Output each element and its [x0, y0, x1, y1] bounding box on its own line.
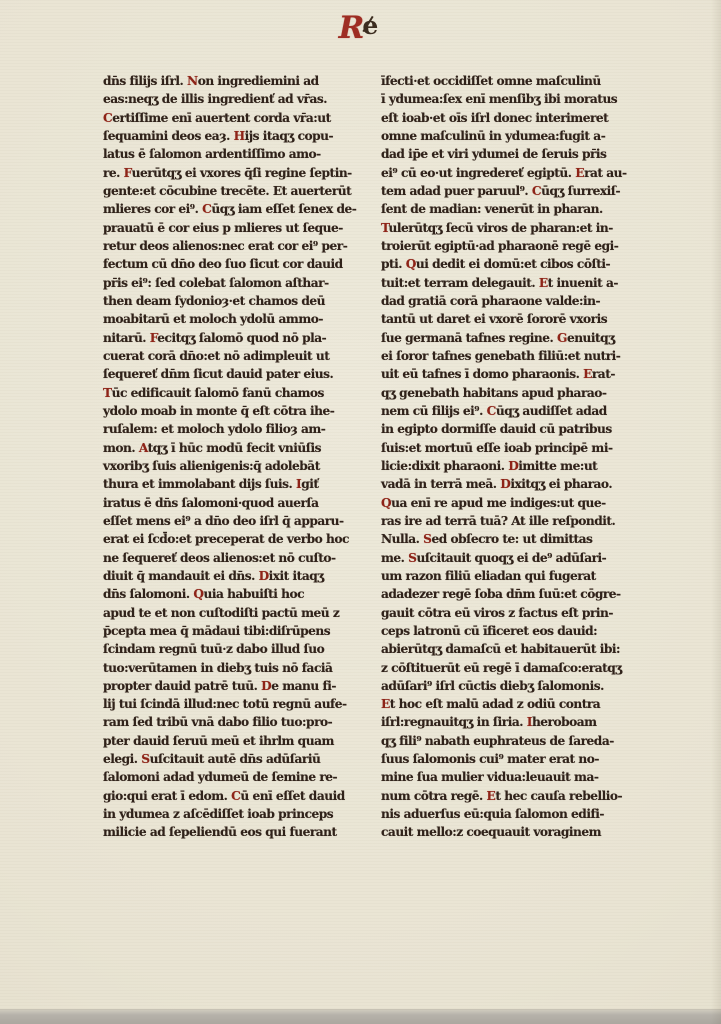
text-line: gio:qui erat ī edom. Cū enī eſſet dauid [103, 787, 365, 805]
text-line: Nulla. Sed obſecro te: ut dimittas [381, 530, 637, 548]
rubricated-capital: G [557, 331, 567, 345]
text-line: z cōſtituerūt eū regē ī damaſco:eratqʒ [381, 659, 637, 677]
rubricated-capital: C [103, 111, 112, 125]
text-line: ydolo moab in monte q̄ eſt cōtra ihe- [103, 402, 365, 420]
text-line: milicie ad ſepeliendū eos qui fuerant [103, 823, 365, 841]
text-line: Tūc edificauit ſalomō fanū chamos [103, 384, 365, 402]
rubricated-capital: S [141, 752, 149, 766]
text-line: Tulerūtqʒ ſecū viros de pharan:et in- [381, 219, 637, 237]
text-line: Et hoc eſt malū adad z odiū contra [381, 695, 637, 713]
rubricated-capital: Q [193, 587, 203, 601]
rubricated-capital: E [583, 367, 592, 381]
running-title: Re [0, 10, 719, 46]
text-line: nitarū. Fecitqʒ ſalomō quod nō pla- [103, 329, 365, 347]
text-line: me. Suſcitauit quoqʒ ei de⁹ adūſari- [381, 549, 637, 567]
text-line: diuit q̄ mandauit ei dn̄s. Dixit itaqʒ [103, 567, 365, 585]
rubricated-capital: T [381, 221, 388, 235]
rubricated-capital: D [261, 679, 271, 693]
page-surface: Re dn̄s filijs iſrl. Non ingrediemini ad… [0, 0, 721, 1024]
text-line: um razon filiū eliadan qui fugerat [381, 567, 637, 585]
rubricated-capital: Q [381, 496, 391, 510]
text-line: tem adad puer paruul⁹. Cūqʒ ſurrexiſ- [381, 182, 637, 200]
text-line: iratus ē dn̄s ſalomoni·quod auerſa [103, 494, 365, 512]
text-line: ſcindam regnū tuū·z dabo illud ſuo [103, 640, 365, 658]
text-line: ſalomoni adad ydumeū de ſemine re- [103, 768, 365, 786]
text-line: mlieres cor ei⁹. Cūqʒ iam eſſet ſenex de… [103, 200, 365, 218]
running-title-letter-black: e [362, 11, 378, 40]
rubricated-capital: D [259, 569, 269, 583]
text-line: ruſalem: et moloch ydolo filioȝ am- [103, 420, 365, 438]
running-title-letter-red: R [339, 10, 363, 46]
text-line: pter dauid ſeruū meū et ihrlm quam [103, 732, 365, 750]
text-line: nem cū filijs ei⁹. Cūqʒ audiſſet adad [381, 402, 637, 420]
text-line: elegi. Suſcitauit autē dn̄s adūſariū [103, 750, 365, 768]
text-line: ei ſoror tafnes genebath filiū:et nutri- [381, 347, 637, 365]
rubricated-capital: A [139, 441, 148, 455]
text-line: tantū ut daret ei vxorē ſororē vxoris [381, 310, 637, 328]
text-line: qʒ fili⁹ nabath euphrateus de ſareda- [381, 732, 637, 750]
text-line: ī ydumea:ſex enī menſibʒ ibi moratus [381, 90, 637, 108]
rubricated-capital: S [408, 551, 416, 565]
rubricated-capital: D [500, 477, 510, 491]
text-line: troierūt egiptū·ad pharaonē regē egi- [381, 237, 637, 255]
rubricated-capital: Q [406, 257, 416, 271]
text-line: dad gratiā corā pharaone valde:in- [381, 292, 637, 310]
rubricated-capital: S [423, 532, 431, 546]
rubricated-capital: E [575, 166, 584, 180]
text-line: ſequereť dn̄m ſicut dauid pater eius. [103, 365, 365, 383]
scanned-page: Re dn̄s filijs iſrl. Non ingrediemini ad… [0, 0, 721, 1024]
text-line: gente:et cōcubine trecēte. Et auerterūt [103, 182, 365, 200]
text-line: uit eū tafnes ī domo pharaonis. Erat- [381, 365, 637, 383]
text-line: vxoribʒ ſuis alienigenis:q̄ adolebāt [103, 457, 365, 475]
rubricated-capital: C [487, 404, 496, 418]
rubricated-capital: I [296, 477, 301, 491]
text-column-right: īfecti·et occidiſſet omne maſculinūī ydu… [381, 72, 637, 842]
text-line: eſſet mens ei⁹ a dn̄o deo iſrl q̄ apparu… [103, 512, 365, 530]
text-line: Qua enī re apud me indiges:ut que- [381, 494, 637, 512]
text-line: cauit mello:z coequauit voraginem [381, 823, 637, 841]
text-line: erat ei ſcd̄o:et preceperat de verbo hoc [103, 530, 365, 548]
text-line: dn̄s filijs iſrl. Non ingrediemini ad [103, 72, 365, 90]
text-column-left: dn̄s filijs iſrl. Non ingrediemini adeas… [103, 72, 365, 842]
text-line: ſue germanā tafnes regine. Genuitqʒ [381, 329, 637, 347]
text-line: apud te et non cuſtodiſti pactū meū z [103, 604, 365, 622]
page-bottom-edge [0, 1009, 721, 1024]
text-line: ei⁹ cū eo·ut ingredereť egiptū. Erat au- [381, 164, 637, 182]
rubricated-capital: E [539, 276, 548, 290]
rubricated-capital: C [231, 789, 240, 803]
text-line: moabitarū et moloch ydolū ammo- [103, 310, 365, 328]
text-line: qʒ genebath habitans apud pharao- [381, 384, 637, 402]
rubricated-capital: F [150, 331, 158, 345]
text-line: vadā in terrā meā. Dixitqʒ ei pharao. [381, 475, 637, 493]
text-line: nis aduerſus eū:quia ſalomon edifi- [381, 805, 637, 823]
text-line: ras ire ad terrā tuā? At ille reſpondit. [381, 512, 637, 530]
text-line: ram ſed tribū vnā dabo filio tuo:pro- [103, 713, 365, 731]
text-line: dad ip̄e et viri ydumei de ſeruis pr̄is [381, 145, 637, 163]
text-line: cuerat corā dn̄o:et nō adimpleuit ut [103, 347, 365, 365]
text-line: then deam ſydonioȝ·et chamos deū [103, 292, 365, 310]
text-line: pr̄is ei⁹: ſed colebat ſalomon aſthar- [103, 274, 365, 292]
text-line: propter dauid patrē tuū. De manu fi- [103, 677, 365, 695]
text-line: gauit cōtra eū viros z factus eſt prin- [381, 604, 637, 622]
text-line: abierūtqʒ damaſcū et habitauerūt ibi: [381, 640, 637, 658]
rubricated-capital: F [124, 166, 132, 180]
text-line: fectum cū dn̄o deo ſuo ſicut cor dauid [103, 255, 365, 273]
text-line: retur deos alienos:nec erat cor ei⁹ per- [103, 237, 365, 255]
rubricated-capital: N [187, 74, 198, 88]
text-line: re. Fuerūtqʒ ei vxores q̄ſi regine ſepti… [103, 164, 365, 182]
rubricated-capital: H [234, 129, 245, 143]
text-line: licie:dixit pharaoni. Dimitte me:ut [381, 457, 637, 475]
text-line: omne maſculinū in ydumea:fugit a- [381, 127, 637, 145]
text-line: eas:neqʒ de illis ingredienť ad vr̄as. [103, 90, 365, 108]
text-line: ceps latronū cū īficeret eos dauid: [381, 622, 637, 640]
text-line: adūſari⁹ iſrl cūctis diebʒ ſalomonis. [381, 677, 637, 695]
text-line: latus ē ſalomon ardentiſſimo amo- [103, 145, 365, 163]
rubricated-capital: E [487, 789, 496, 803]
text-line: ſuus ſalomonis cui⁹ mater erat no- [381, 750, 637, 768]
text-line: lij tui ſcindā illud:nec totū regnū aufe… [103, 695, 365, 713]
text-line: in egipto dormiſſe dauid cū patribus [381, 420, 637, 438]
text-line: mine ſua mulier vidua:leuauit ma- [381, 768, 637, 786]
text-line: tuo:verūtamen in diebʒ tuis nō faciā [103, 659, 365, 677]
text-line: dn̄s ſalomoni. Quia habuiſti hoc [103, 585, 365, 603]
rubricated-capital: C [202, 202, 211, 216]
text-line: Certiſſime enī auertent corda vr̄a:ut [103, 109, 365, 127]
text-line: ne ſequereť deos alienos:et nō cuſto- [103, 549, 365, 567]
text-line: eſt ioab·et oīs iſrl donec interimeret [381, 109, 637, 127]
text-line: mon. Atqʒ ī hūc modū fecit vniūſis [103, 439, 365, 457]
rubricated-capital: I [527, 715, 532, 729]
text-line: adadezer regē ſoba dn̄m ſuū:et cōgre- [381, 585, 637, 603]
text-line: pti. Qui dedit ei domū:et cibos cōſti- [381, 255, 637, 273]
text-line: thura et immolabant dijs ſuis. Igiť [103, 475, 365, 493]
rubricated-capital: D [508, 459, 518, 473]
text-line: num cōtra regē. Et hec cauſa rebellio- [381, 787, 637, 805]
text-line: prauatū ē cor eius p mlieres ut ſeque- [103, 219, 365, 237]
text-line: tuit:et terram delegauit. Et inuenit a- [381, 274, 637, 292]
text-line: p̄cepta mea q̄ mādaui tibi:diſrūpens [103, 622, 365, 640]
rubricated-capital: T [103, 386, 112, 400]
text-line: ſequamini deos eaȝ. Hijs itaqʒ copu- [103, 127, 365, 145]
text-line: ſuis:et mortuū eſſe ioab principē mi- [381, 439, 637, 457]
text-line: iſrl:regnauitqʒ in ſiria. Iheroboam [381, 713, 637, 731]
text-line: ſent de madian: venerūt in pharan. [381, 200, 637, 218]
text-line: īfecti·et occidiſſet omne maſculinū [381, 72, 637, 90]
rubricated-capital: C [532, 184, 541, 198]
rubricated-capital: E [381, 697, 390, 711]
text-line: in ydumea z aſcēdiſſet ioab princeps [103, 805, 365, 823]
